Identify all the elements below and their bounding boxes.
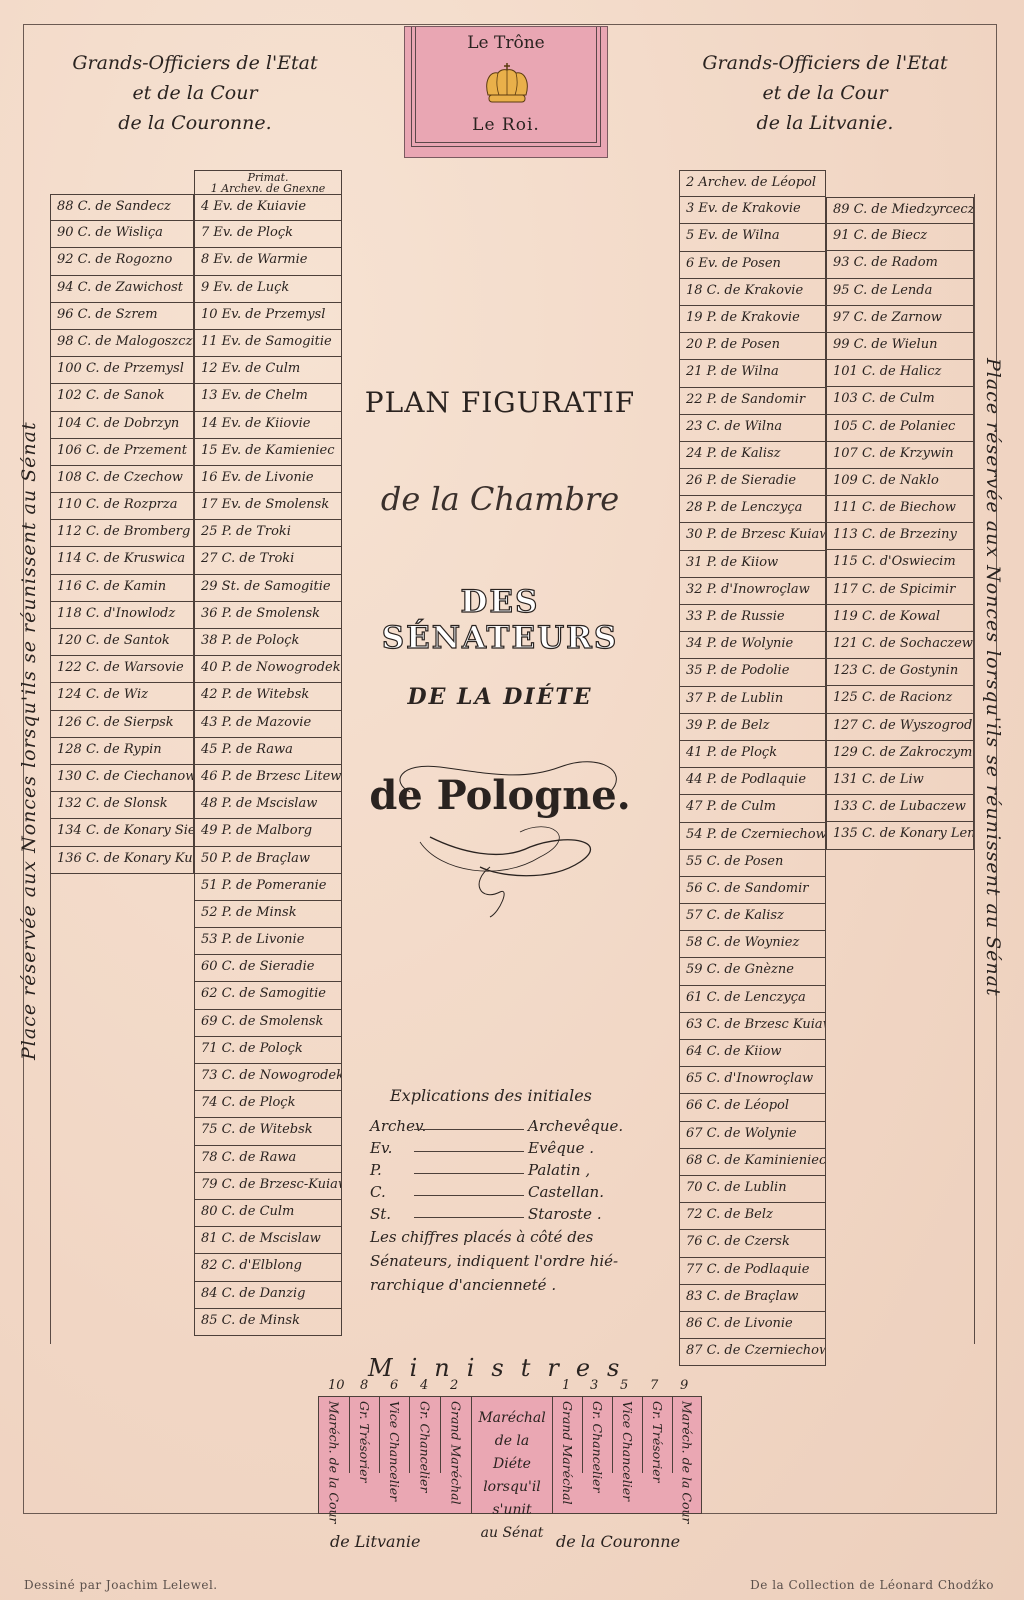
senator-seat: 101 C. de Halicz: [826, 360, 974, 387]
senator-seat: 40 P. de Nowogrodek: [194, 656, 342, 683]
senator-seat: 84 C. de Danzig: [194, 1282, 342, 1309]
senator-seat: 79 C. de Brzesc-Kuiaw.: [194, 1173, 342, 1200]
senator-seat: 20 P. de Posen: [679, 333, 826, 360]
senator-seat: 129 C. de Zakroczym: [826, 741, 974, 768]
senator-seat: 58 C. de Woyniez: [679, 931, 826, 958]
senator-seat: 98 C. de Malogoszcz: [50, 330, 194, 357]
senator-seat: 105 C. de Polaniec: [826, 415, 974, 442]
senator-seat: 121 C. de Sochaczew: [826, 632, 974, 659]
diet-marshal-line: Diéte: [472, 1453, 552, 1476]
senator-seat: 111 C. de Biechow: [826, 496, 974, 523]
senator-seat: 19 P. de Krakovie: [679, 306, 826, 333]
senator-seat: 124 C. de Wiz: [50, 683, 194, 710]
senator-seat: 23 C. de Wilna: [679, 415, 826, 442]
senator-seat: 30 P. de Brzesc Kuiaw.: [679, 523, 826, 550]
minister-number: 9: [680, 1378, 688, 1393]
minister-number: 7: [650, 1378, 658, 1393]
minister-seat: Grand Maréchal: [441, 1397, 471, 1473]
senator-seat: 112 C. de Bromberg: [50, 520, 194, 547]
legend-meaning: Archevêque.: [528, 1117, 623, 1135]
senator-seat: 2 Archev. de Léopol: [679, 170, 826, 197]
senator-seat: 71 C. de Poloçk: [194, 1037, 342, 1064]
legend-initials: Explications des initiales Archev.Archev…: [370, 1086, 650, 1297]
senator-seat: 128 C. de Rypin: [50, 738, 194, 765]
senator-seat: 7 Ev. de Ploçk: [194, 221, 342, 248]
senator-seat: 130 C. de Ciechanow: [50, 765, 194, 792]
senator-seat: 17 Ev. de Smolensk: [194, 493, 342, 520]
senator-seat: 42 P. de Witebsk: [194, 683, 342, 710]
senator-seat: 75 C. de Witebsk: [194, 1118, 342, 1145]
officers-left-line2: et de la Cour: [50, 78, 340, 108]
senator-seat: 134 C. de Konary Sier.: [50, 819, 194, 846]
diet-marshal-line: au Sénat: [472, 1522, 552, 1545]
senator-seat: 108 C. de Czechow: [50, 466, 194, 493]
senator-seat: 67 C. de Wolynie: [679, 1122, 826, 1149]
senator-seat: 74 C. de Ploçk: [194, 1091, 342, 1118]
minister-seat: Grand Maréchal: [553, 1397, 583, 1473]
ministers-bench: Maréch. de la Cour Gr. Trésorier Vice Ch…: [318, 1396, 702, 1514]
minister-title: Gr. Trésorier: [650, 1401, 665, 1483]
primat-seat: Primat. 1 Archev. de Gnexne: [194, 170, 342, 195]
minister-seat: Vice Chancelier: [613, 1397, 643, 1473]
legend-note-line: Les chiffres placés à côté des: [370, 1225, 650, 1249]
senator-seat: 81 C. de Mscislaw: [194, 1227, 342, 1254]
senator-seat: 96 C. de Szrem: [50, 303, 194, 330]
senator-seat: 119 C. de Kowal: [826, 605, 974, 632]
senator-seat: 45 P. de Rawa: [194, 738, 342, 765]
senator-seat: 15 Ev. de Kamieniec: [194, 439, 342, 466]
senator-seat: 68 C. de Kaminieniec: [679, 1149, 826, 1176]
legend-leader: [414, 1129, 524, 1130]
legend-row: P.Palatin ,: [370, 1157, 650, 1179]
senator-seat: 123 C. de Gostynin: [826, 659, 974, 686]
senator-seat: 127 C. de Wyszogrod: [826, 714, 974, 741]
left-nonces-label: Place réservée aux Nonces lorsqu'ils se …: [18, 421, 40, 1060]
minister-number: 1: [562, 1378, 570, 1393]
officers-left-line3: de la Couronne.: [50, 108, 340, 138]
minister-title: Gr. Chancelier: [590, 1401, 605, 1492]
senator-seat: 78 C. de Rawa: [194, 1146, 342, 1173]
senator-seat: 44 P. de Podlaquie: [679, 768, 826, 795]
legend-row: Archev.Archevêque.: [370, 1113, 650, 1135]
minister-number: 3: [590, 1378, 598, 1393]
legend-note-line: Sénateurs, indiquent l'ordre hié-: [370, 1249, 650, 1273]
senator-seat: 18 C. de Krakovie: [679, 279, 826, 306]
senator-seat: 51 P. de Pomeranie: [194, 874, 342, 901]
officers-lithuania-label: Grands-Officiers de l'Etat et de la Cour…: [680, 48, 970, 138]
right-nonces-divider: [974, 194, 975, 1344]
senator-seat: 21 P. de Wilna: [679, 360, 826, 387]
senator-seat: 53 P. de Livonie: [194, 928, 342, 955]
legend-row: C.Castellan.: [370, 1179, 650, 1201]
minister-seat: Maréch. de la Cour: [673, 1397, 701, 1473]
minister-number: 4: [420, 1378, 428, 1393]
senator-seat: 97 C. de Zarnow: [826, 306, 974, 333]
legend-leader: [414, 1217, 524, 1218]
senator-seat: 93 C. de Radom: [826, 251, 974, 278]
senator-seat: 88 C. de Sandecz: [50, 194, 194, 221]
senator-seat: 131 C. de Liw: [826, 768, 974, 795]
legend-row: Ev.Evêque .: [370, 1135, 650, 1157]
senator-seat: 60 C. de Sieradie: [194, 955, 342, 982]
senator-seat: 39 P. de Belz: [679, 714, 826, 741]
litvanie-footer-area: [319, 1473, 471, 1514]
minister-title: Maréch. de la Cour: [680, 1401, 695, 1524]
senator-seat: 90 C. de Wisliça: [50, 221, 194, 248]
senator-seat: 92 C. de Rogozno: [50, 248, 194, 275]
title-des-senateurs: DES SÉNATEURS: [340, 584, 660, 656]
senator-seat: 87 C. de Czerniechow: [679, 1339, 826, 1366]
officers-right-line2: et de la Cour: [680, 78, 970, 108]
crown-footer: de la Couronne: [556, 1532, 680, 1551]
senator-seat: 50 P. de Braçlaw: [194, 847, 342, 874]
throne-label: Le Trône: [405, 33, 607, 53]
senator-seat: 117 C. de Spicimir: [826, 578, 974, 605]
senator-seat: 13 Ev. de Chelm: [194, 384, 342, 411]
legend-meaning: Palatin ,: [528, 1161, 590, 1179]
lithuania-footer: de Litvanie: [330, 1532, 420, 1551]
senator-seat: 65 C. d'Inowroçlaw: [679, 1067, 826, 1094]
senator-seat: 57 C. de Kalisz: [679, 904, 826, 931]
senator-seat: 125 C. de Racionz: [826, 686, 974, 713]
senator-seat: 70 C. de Lublin: [679, 1176, 826, 1203]
diet-marshal-seat: Maréchal de la Diéte lorsqu'il s'unit au…: [471, 1397, 553, 1513]
minister-title: Gr. Trésorier: [357, 1401, 372, 1483]
minister-title: Grand Maréchal: [560, 1401, 575, 1505]
senator-seat: 34 P. de Wolynie: [679, 632, 826, 659]
senator-seat: 116 C. de Kamin: [50, 575, 194, 602]
senator-seat: 64 C. de Kiiow: [679, 1040, 826, 1067]
right-nonces-label: Place réservée aux Nonces lorsqu'ils se …: [982, 358, 1004, 997]
title-de-la-chambre: de la Chambre: [340, 480, 660, 518]
senator-seat: 100 C. de Przemysl: [50, 357, 194, 384]
senator-seat: 49 P. de Malborg: [194, 819, 342, 846]
senator-seat: 5 Ev. de Wilna: [679, 224, 826, 251]
senator-seat: 72 C. de Belz: [679, 1203, 826, 1230]
legend-meaning: Castellan.: [528, 1183, 604, 1201]
officers-right-line3: de la Litvanie.: [680, 108, 970, 138]
senator-seat: 115 C. d'Oswiecim: [826, 550, 974, 577]
senator-seat: 11 Ev. de Samogitie: [194, 330, 342, 357]
diet-marshal-line: Maréchal: [472, 1407, 552, 1430]
senator-seat: 107 C. de Krzywin: [826, 442, 974, 469]
primat-seat-label: 1 Archev. de Gnexne: [195, 183, 341, 194]
senator-seat: 126 C. de Sierpsk: [50, 711, 194, 738]
senator-seat: 25 P. de Troki: [194, 520, 342, 547]
senator-seat: 89 C. de Miedzyrcecz: [826, 197, 974, 224]
senator-seat: 86 C. de Livonie: [679, 1312, 826, 1339]
senator-seat: 24 P. de Kalisz: [679, 442, 826, 469]
right-outer-benches: 89 C. de Miedzyrcecz91 C. de Biecz93 C. …: [826, 197, 974, 850]
senator-seat: 118 C. d'Inowlodz: [50, 602, 194, 629]
senator-seat: 133 C. de Lubaczew: [826, 795, 974, 822]
legend-leader: [414, 1173, 524, 1174]
legend-abbr: Ev.: [370, 1139, 414, 1157]
senator-seat: 104 C. de Dobrzyn: [50, 412, 194, 439]
senator-seat: 12 Ev. de Culm: [194, 357, 342, 384]
senator-seat: 31 P. de Kiiow: [679, 551, 826, 578]
senator-seat: 48 P. de Mscislaw: [194, 792, 342, 819]
senator-seat: 103 C. de Culm: [826, 387, 974, 414]
legend-heading: Explications des initiales: [390, 1086, 650, 1105]
officers-right-line1: Grands-Officiers de l'Etat: [680, 48, 970, 78]
senator-seat: 110 C. de Rozprza: [50, 493, 194, 520]
senator-seat: 32 P. d'Inowroçlaw: [679, 578, 826, 605]
senator-seat: 106 C. de Przement: [50, 439, 194, 466]
senator-seat: 63 C. de Brzesc Kuiaw.: [679, 1013, 826, 1040]
throne-box: Le Trône Le Roi.: [404, 26, 608, 158]
senator-seat: 27 C. de Troki: [194, 547, 342, 574]
senator-seat: 41 P. de Ploçk: [679, 741, 826, 768]
senator-seat: 28 P. de Lenczyça: [679, 496, 826, 523]
senator-seat: 102 C. de Sanok: [50, 384, 194, 411]
diet-marshal-line: lorsqu'il: [472, 1476, 552, 1499]
senator-seat: 122 C. de Warsovie: [50, 656, 194, 683]
senator-seat: 99 C. de Wielun: [826, 333, 974, 360]
legend-note-line: rarchique d'ancienneté .: [370, 1273, 650, 1297]
senator-seat: 16 Ev. de Livonie: [194, 466, 342, 493]
legend-meaning: Staroste .: [528, 1205, 602, 1223]
senator-seat: 135 C. de Konary Lencz.: [826, 822, 974, 849]
minister-number: 10: [328, 1378, 345, 1393]
minister-seat: Maréch. de la Cour: [319, 1397, 350, 1473]
crown-icon: [482, 61, 532, 109]
king-label: Le Roi.: [405, 115, 607, 135]
senator-seat: 36 P. de Smolensk: [194, 602, 342, 629]
senator-seat: 61 C. de Lenczyça: [679, 986, 826, 1013]
senator-seat: 69 C. de Smolensk: [194, 1010, 342, 1037]
legend-abbr: P.: [370, 1161, 414, 1179]
senator-seat: 4 Ev. de Kuiavie: [194, 194, 342, 221]
senator-seat: 94 C. de Zawichost: [50, 276, 194, 303]
senator-seat: 59 C. de Gnèzne: [679, 958, 826, 985]
credit-author: Dessiné par Joachim Lelewel.: [24, 1578, 218, 1592]
senator-seat: 109 C. de Naklo: [826, 469, 974, 496]
senator-seat: 91 C. de Biecz: [826, 224, 974, 251]
senator-seat: 113 C. de Brzeziny: [826, 523, 974, 550]
legend-meaning: Evêque .: [528, 1139, 594, 1157]
senator-seat: 62 C. de Samogitie: [194, 982, 342, 1009]
senator-seat: 85 C. de Minsk: [194, 1309, 342, 1336]
legend-abbr: Archev.: [370, 1117, 414, 1135]
minister-number: 6: [390, 1378, 398, 1393]
minister-seat: Gr. Trésorier: [643, 1397, 673, 1473]
senator-seat: 82 C. d'Elblong: [194, 1254, 342, 1281]
senator-seat: 76 C. de Czersk: [679, 1230, 826, 1257]
officers-left-line1: Grands-Officiers de l'Etat: [50, 48, 340, 78]
senator-seat: 83 C. de Braçlaw: [679, 1285, 826, 1312]
senator-seat: 37 P. de Lublin: [679, 687, 826, 714]
minister-seat: Gr. Trésorier: [350, 1397, 380, 1473]
senator-seat: 120 C. de Santok: [50, 629, 194, 656]
credit-collection: De la Collection de Léonard Chodźko: [750, 1578, 994, 1592]
title-plan-figuratif: PLAN FIGURATIF: [340, 386, 660, 419]
senator-seat: 66 C. de Léopol: [679, 1094, 826, 1121]
minister-seat: Gr. Chancelier: [410, 1397, 441, 1473]
senator-seat: 132 C. de Slonsk: [50, 792, 194, 819]
right-inner-benches: 2 Archev. de Léopol3 Ev. de Krakovie5 Ev…: [679, 170, 826, 1366]
senator-seat: 6 Ev. de Posen: [679, 252, 826, 279]
senator-seat: 54 P. de Czerniechow: [679, 823, 826, 850]
senator-seat: 46 P. de Brzesc Litew: [194, 765, 342, 792]
senator-seat: 38 P. de Poloçk: [194, 629, 342, 656]
senator-seat: 14 Ev. de Kiiovie: [194, 412, 342, 439]
minister-title: Vice Chancelier: [620, 1401, 635, 1501]
calligraphic-flourish-icon: [380, 742, 640, 922]
diet-marshal-line: s'unit: [472, 1499, 552, 1522]
left-outer-benches: 88 C. de Sandecz90 C. de Wisliça92 C. de…: [50, 194, 194, 874]
minister-seat: Gr. Chancelier: [583, 1397, 613, 1473]
officers-crown-label: Grands-Officiers de l'Etat et de la Cour…: [50, 48, 340, 138]
left-inner-benches: 4 Ev. de Kuiavie7 Ev. de Ploçk8 Ev. de W…: [194, 194, 342, 1336]
senator-seat: 114 C. de Kruswica: [50, 547, 194, 574]
legend-abbr: C.: [370, 1183, 414, 1201]
senator-seat: 10 Ev. de Przemysl: [194, 303, 342, 330]
senator-seat: 33 P. de Russie: [679, 605, 826, 632]
title-de-pologne: de Pologne.: [340, 772, 660, 819]
senator-seat: 95 C. de Lenda: [826, 279, 974, 306]
minister-number: 2: [450, 1378, 458, 1393]
senator-seat: 56 C. de Sandomir: [679, 877, 826, 904]
minister-number: 5: [620, 1378, 628, 1393]
senator-seat: 22 P. de Sandomir: [679, 388, 826, 415]
senator-seat: 136 C. de Konary Kuiaw.: [50, 847, 194, 874]
legend-abbr: St.: [370, 1205, 414, 1223]
senator-seat: 55 C. de Posen: [679, 850, 826, 877]
minister-number: 8: [360, 1378, 368, 1393]
senator-seat: 3 Ev. de Krakovie: [679, 197, 826, 224]
senator-seat: 47 P. de Culm: [679, 795, 826, 822]
senator-seat: 52 P. de Minsk: [194, 901, 342, 928]
senator-seat: 9 Ev. de Luçk: [194, 276, 342, 303]
senator-seat: 80 C. de Culm: [194, 1200, 342, 1227]
senator-seat: 29 St. de Samogitie: [194, 575, 342, 602]
diet-marshal-line: de la: [472, 1430, 552, 1453]
legend-note: Les chiffres placés à côté des Sénateurs…: [370, 1225, 650, 1297]
legend-row: St.Staroste .: [370, 1201, 650, 1223]
senator-seat: 73 C. de Nowogrodek: [194, 1064, 342, 1091]
senator-seat: 8 Ev. de Warmie: [194, 248, 342, 275]
senator-seat: 26 P. de Sieradie: [679, 469, 826, 496]
title-de-la-diete: DE LA DIÉTE: [340, 684, 660, 710]
minister-seat: Vice Chancelier: [380, 1397, 410, 1473]
legend-leader: [414, 1195, 524, 1196]
senator-seat: 77 C. de Podlaquie: [679, 1258, 826, 1285]
senator-seat: 35 P. de Podolie: [679, 659, 826, 686]
senator-seat: 43 P. de Mazovie: [194, 711, 342, 738]
legend-leader: [414, 1151, 524, 1152]
